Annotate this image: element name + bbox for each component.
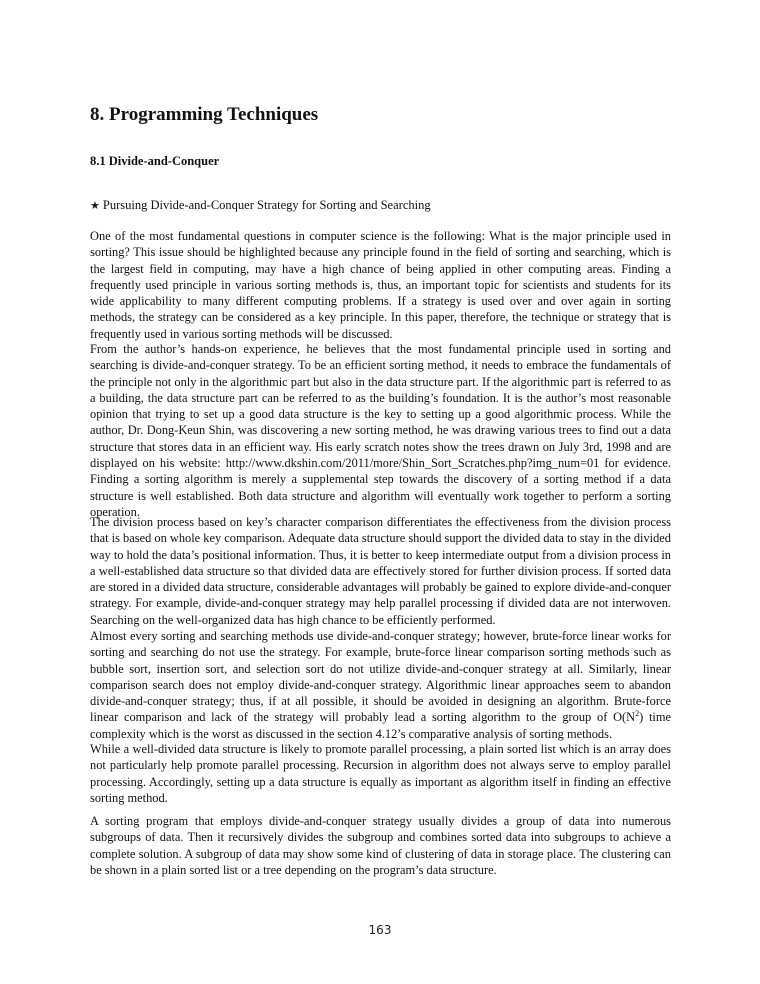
paragraph-parallel-processing: While a well-divided data structure is l… bbox=[90, 741, 671, 806]
paragraph-author-experience: From the author’s hands-on experience, h… bbox=[90, 341, 671, 520]
paragraph-division-process: The division process based on key’s char… bbox=[90, 514, 671, 628]
page-number: 163 bbox=[0, 923, 760, 937]
chapter-title: 8. Programming Techniques bbox=[90, 104, 318, 126]
paragraph-sorting-program: A sorting program that employs divide-an… bbox=[90, 813, 671, 878]
paragraph-brute-force-text: Almost every sorting and searching metho… bbox=[90, 629, 671, 724]
subsection-title: Pursuing Divide-and-Conquer Strategy for… bbox=[103, 198, 431, 212]
subsection-heading: ★Pursuing Divide-and-Conquer Strategy fo… bbox=[90, 198, 431, 213]
paragraph-fundamental-question: One of the most fundamental questions in… bbox=[90, 228, 671, 342]
paragraph-brute-force: Almost every sorting and searching metho… bbox=[90, 628, 671, 742]
section-title: 8.1 Divide-and-Conquer bbox=[90, 154, 219, 169]
star-icon: ★ bbox=[90, 199, 100, 212]
